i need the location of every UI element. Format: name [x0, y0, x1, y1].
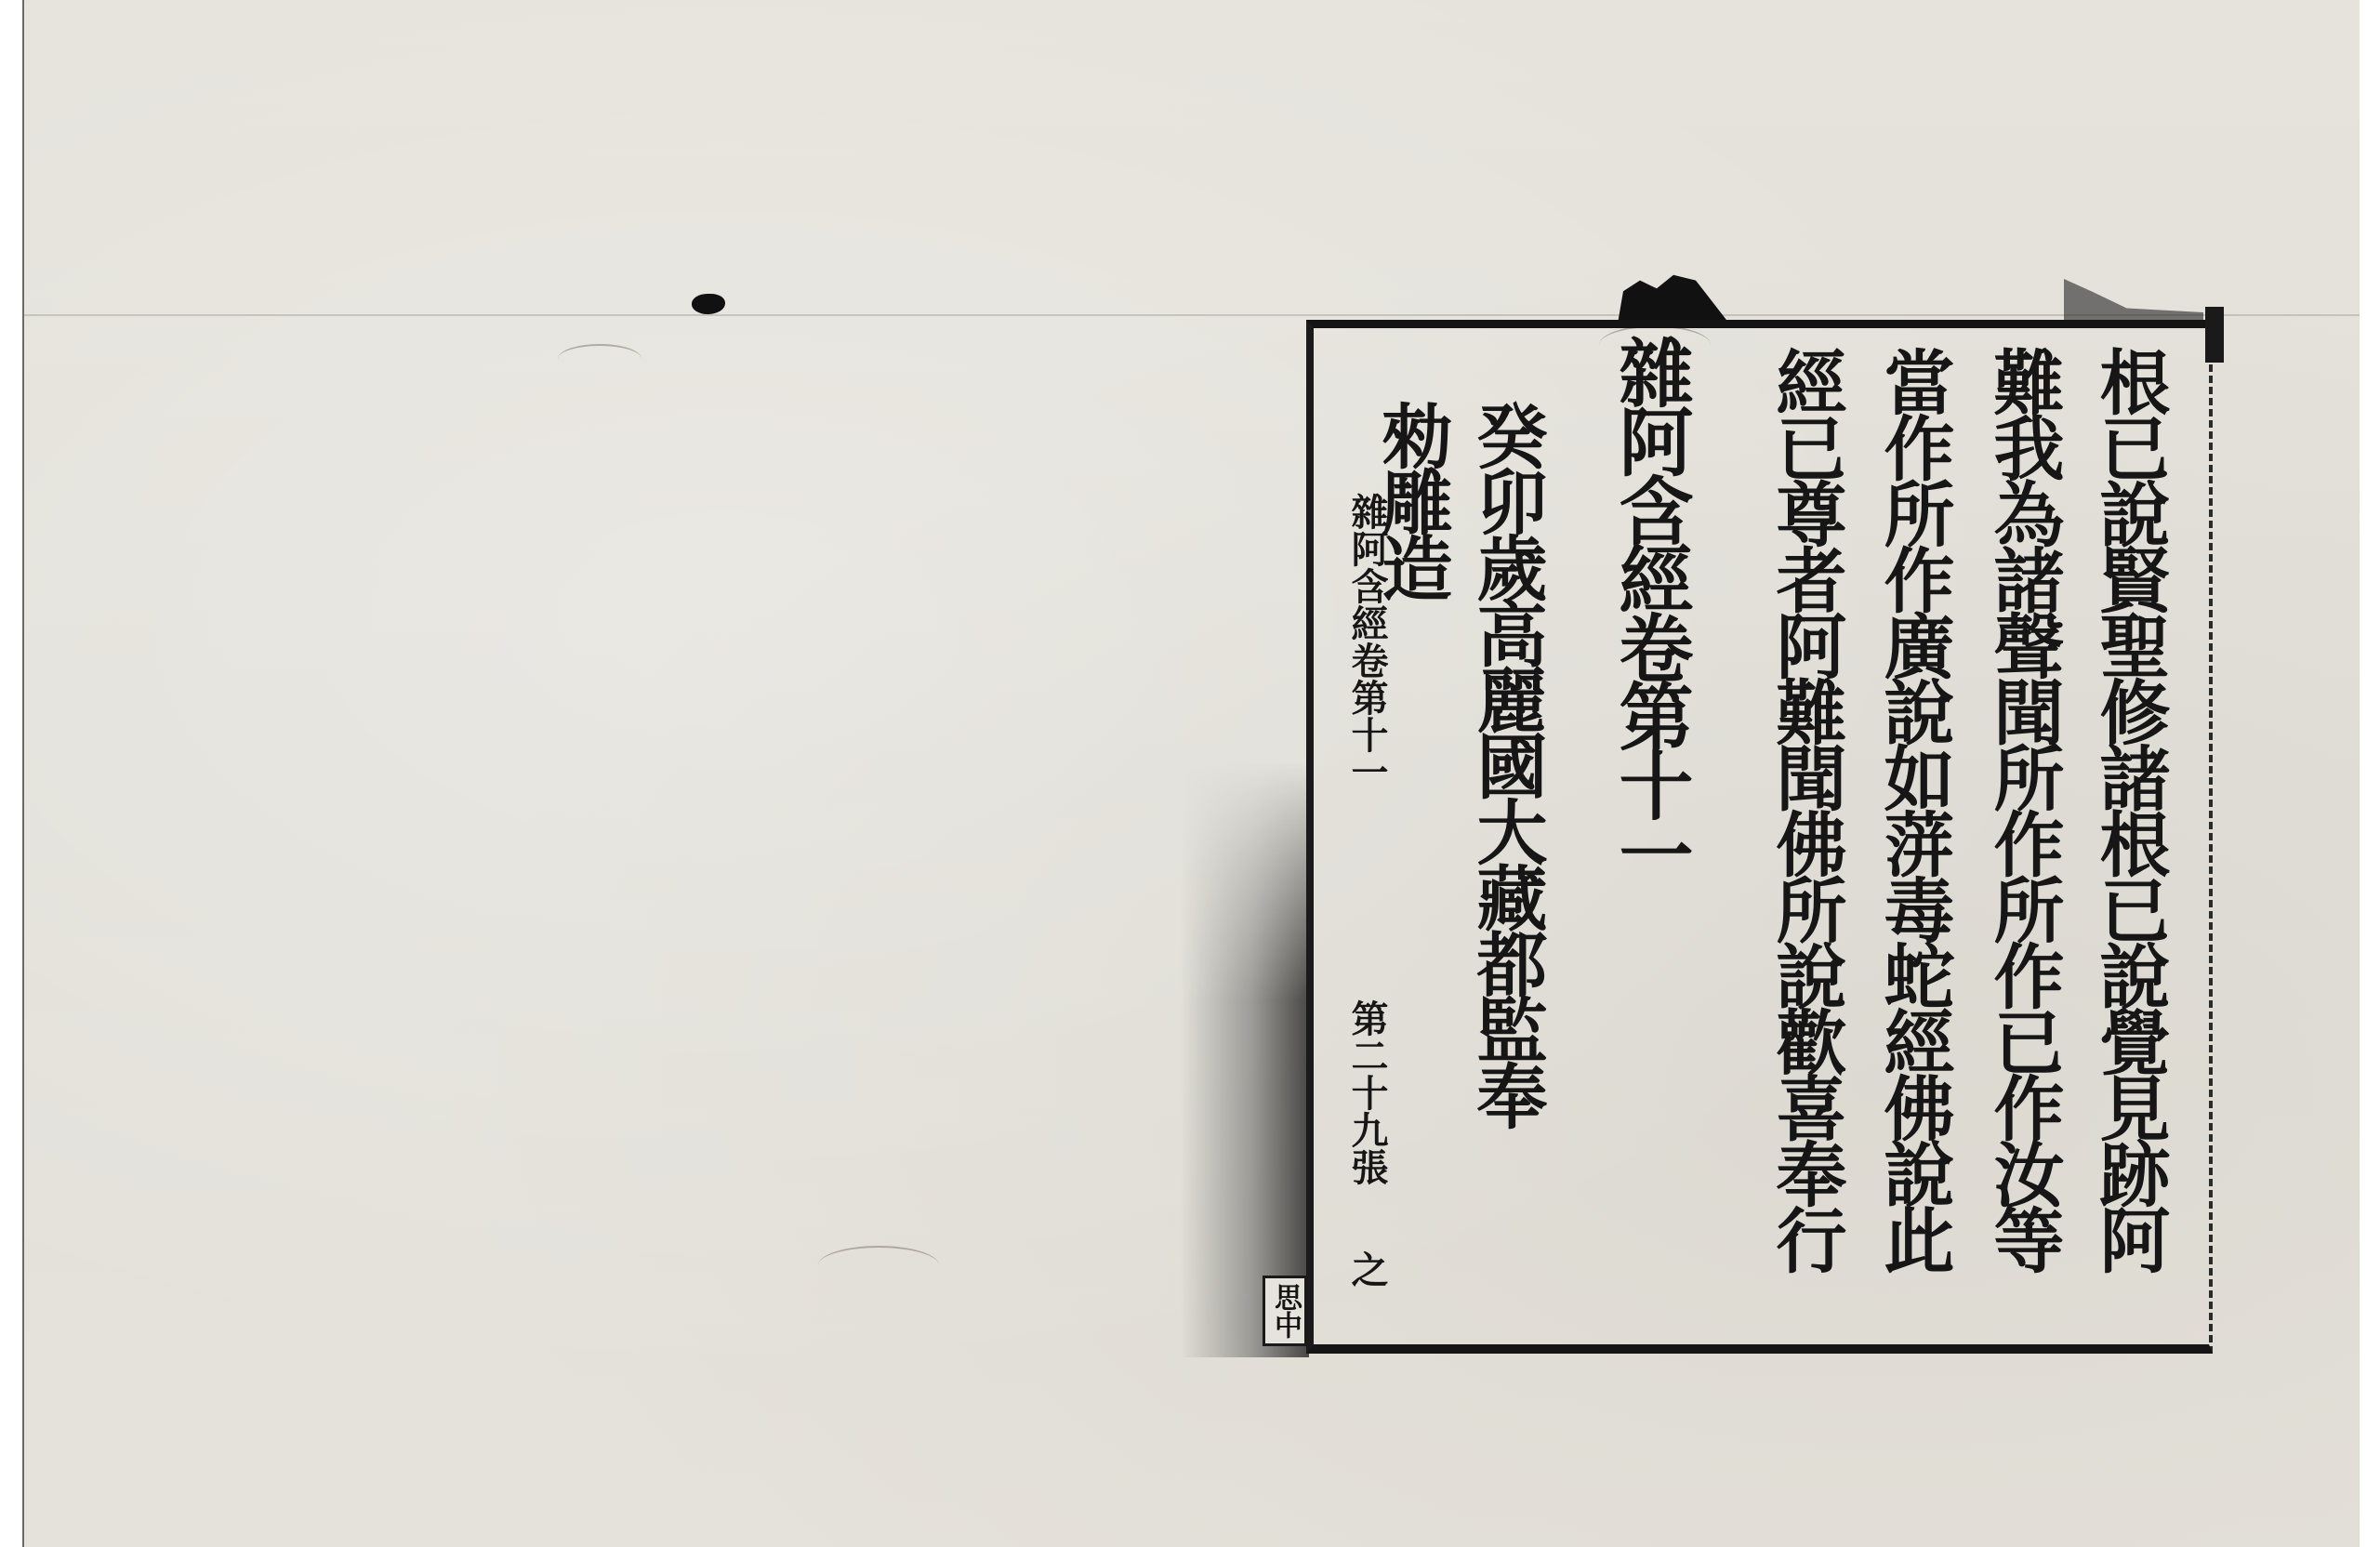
- text-column-4: 經已尊者阿難聞佛所說歡喜奉行: [1770, 346, 1841, 1270]
- paper-fiber: [558, 344, 641, 374]
- text-column-3: 當作所作廣說如蓱毒蛇經佛說此: [1878, 346, 1949, 1270]
- colophon-line-1: 癸卯歲高麗國大藏都監奉: [1471, 400, 1541, 1126]
- ink-smudge: [1181, 762, 1309, 1357]
- margin-sutra-title: 雜阿含經卷第十一: [1348, 493, 1385, 790]
- text-column-2: 難我為諸聲聞所作所作已作汝等: [1988, 346, 2058, 1270]
- text-column-1: 根已說賢聖修諸根已說覺見跡阿: [2094, 346, 2164, 1270]
- sutra-title: 雜阿含經卷第十一: [1613, 335, 1687, 885]
- carver-label-box: 思中: [1263, 1276, 1307, 1346]
- paper-fiber: [818, 1246, 939, 1285]
- carver-label: 思中: [1265, 1278, 1304, 1343]
- frame-corner: [2205, 307, 2224, 363]
- fold-line: [24, 314, 2360, 316]
- page-left-edge: [22, 0, 24, 1547]
- sheet-number: 第二十九張: [1348, 999, 1385, 1185]
- sheet-mark: 之: [1348, 1250, 1385, 1288]
